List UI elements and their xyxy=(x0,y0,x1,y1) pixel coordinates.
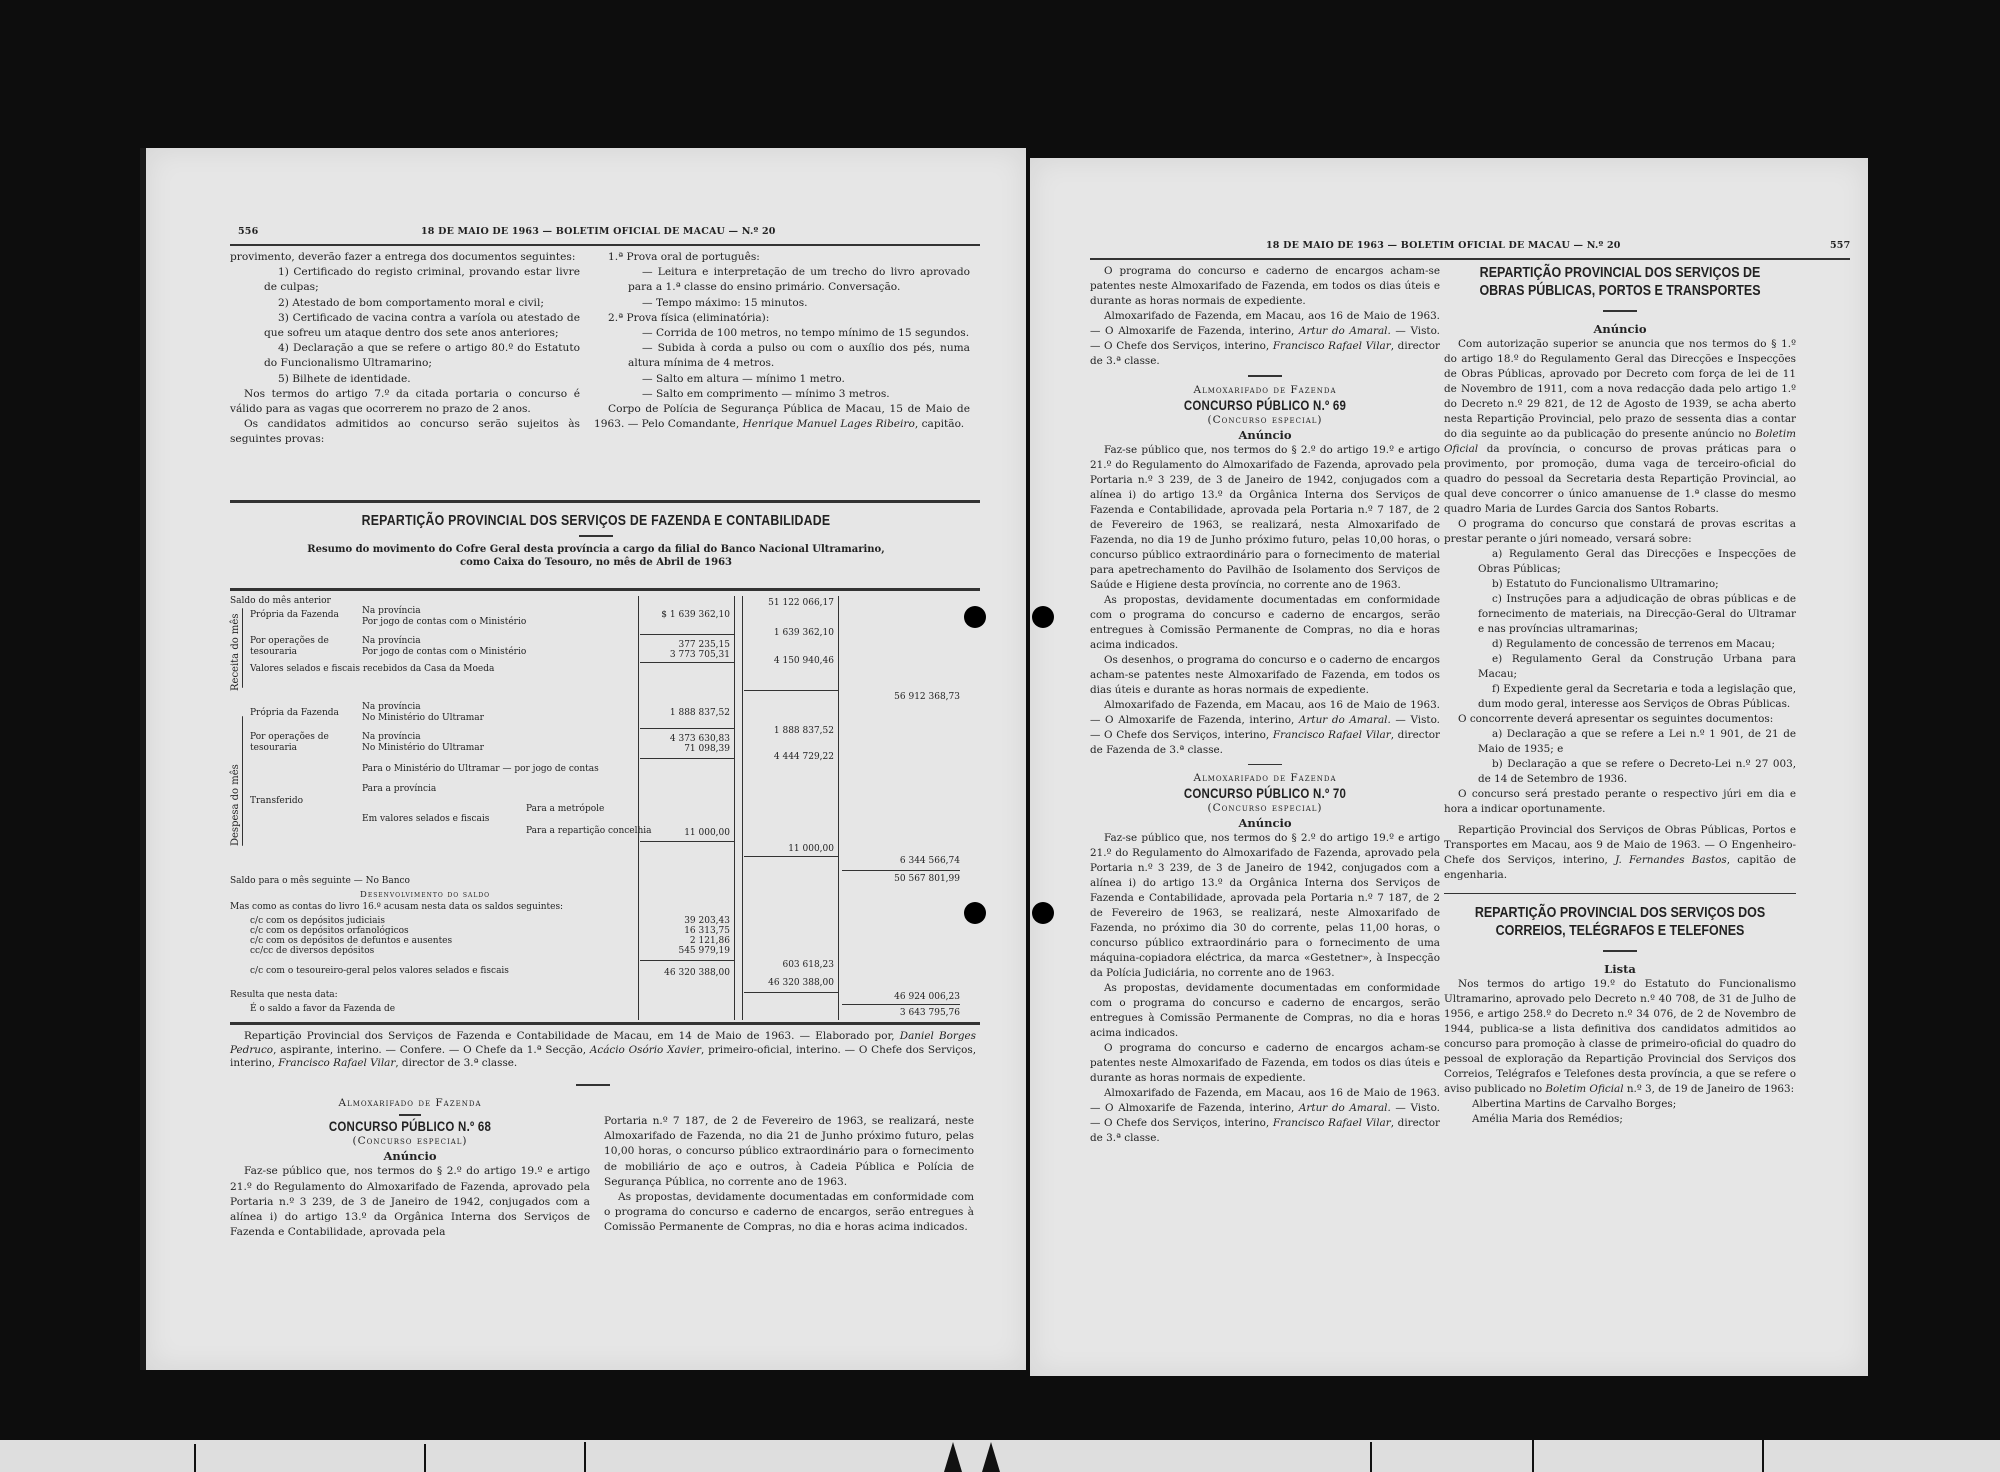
paragraph: O concurso será prestado perante o respe… xyxy=(1444,787,1796,817)
list-item: 5) Bilhete de identidade. xyxy=(230,372,580,387)
list-item: d) Regulamento de concessão de terrenos … xyxy=(1444,637,1796,652)
office-label: Almoxarifado de Fazenda xyxy=(1090,771,1440,786)
section-heading: REPARTIÇÃO PROVINCIAL DOS SERVIÇOS DE OB… xyxy=(1469,264,1772,300)
cell-value: 46 320 388,00 xyxy=(744,978,834,989)
concurso-subtitle: (Concurso especial) xyxy=(1090,801,1440,816)
row-label: Transferido xyxy=(250,796,303,807)
list-item: — Salto em comprimento — mínimo 3 metros… xyxy=(594,387,970,402)
page-number: 557 xyxy=(1830,240,1850,251)
marker xyxy=(1370,1442,1372,1472)
binding-hole xyxy=(1032,606,1054,628)
divider xyxy=(579,535,613,537)
sum-rule xyxy=(744,690,838,691)
divider xyxy=(576,1084,610,1086)
cell-value: 56 912 368,73 xyxy=(842,692,960,703)
paragraph: O programa do concurso e caderno de enca… xyxy=(1090,1041,1440,1086)
sum-rule xyxy=(842,870,960,871)
list-item: — Tempo máximo: 15 minutos. xyxy=(594,296,970,311)
divider xyxy=(1248,375,1282,377)
row-label: No Ministério do Ultramar xyxy=(362,713,484,724)
divider xyxy=(1248,764,1282,766)
list-item: c) Instruções para a adjudicação de obra… xyxy=(1444,592,1796,637)
sum-rule xyxy=(640,758,734,759)
signature: Almoxarifado de Fazenda, em Macau, aos 1… xyxy=(1090,1086,1440,1146)
paragraph: O concorrente deverá apresentar os segui… xyxy=(1444,712,1796,727)
table-subtitle: Resumo do movimento do Cofre Geral desta… xyxy=(226,543,966,569)
anuncio-heading: Anúncio xyxy=(230,1149,590,1164)
cell-value: 1 639 362,10 xyxy=(744,628,834,639)
concurso-title: CONCURSO PÚBLICO N.º 68 xyxy=(262,1119,557,1134)
marker xyxy=(424,1444,426,1472)
cell-value: 11 000,00 xyxy=(642,828,730,839)
left-col-2: 1.ª Prova oral de português: — Leitura e… xyxy=(594,250,970,432)
film-edge-strip xyxy=(0,1440,2000,1472)
list-item: a) Regulamento Geral das Direcções e Ins… xyxy=(1444,547,1796,577)
list-item: — Leitura e interpretação de um trecho d… xyxy=(594,265,970,295)
sum-rule xyxy=(640,960,734,961)
row-label: Saldo para o mês seguinte — No Banco xyxy=(230,876,410,887)
row-label: Para a metrópole xyxy=(526,804,604,815)
section-heading: REPARTIÇÃO PROVINCIAL DOS SERVIÇOS DE FA… xyxy=(293,512,900,529)
running-head: 18 DE MAIO DE 1963 — BOLETIM OFICIAL DE … xyxy=(421,226,776,237)
paragraph: Nos termos do artigo 7.º da citada porta… xyxy=(230,387,580,417)
anuncio-heading: Anúncio xyxy=(1444,322,1796,337)
paragraph: Faz-se público que, nos termos do § 2.º … xyxy=(230,1164,590,1240)
prova-title: 2.ª Prova física (eliminatória): xyxy=(594,311,970,326)
sum-rule xyxy=(640,841,734,842)
section-rule xyxy=(230,500,980,503)
paragraph: provimento, deverão fazer a entrega dos … xyxy=(230,250,580,265)
brace xyxy=(242,608,243,688)
sum-rule xyxy=(640,634,734,635)
cell-value: 6 344 566,74 xyxy=(842,856,960,867)
table-top-rule xyxy=(230,588,980,591)
marker xyxy=(194,1444,196,1472)
concurso-subtitle: (Concurso especial) xyxy=(1090,413,1440,428)
concurso-subtitle: (Concurso especial) xyxy=(230,1134,590,1149)
divider xyxy=(1603,310,1637,312)
cell-value: 51 122 066,17 xyxy=(744,598,834,609)
financial-table: Receita do mês Despesa do mês Saldo do m… xyxy=(230,596,974,1022)
paragraph: Nos termos do artigo 19.º do Estatuto do… xyxy=(1444,977,1796,1097)
list-item: e) Regulamento Geral da Construção Urban… xyxy=(1444,652,1796,682)
list-item: 1) Certificado do registo criminal, prov… xyxy=(230,265,580,295)
list-item: Amélia Maria dos Remédios; xyxy=(1444,1112,1796,1127)
header-rule xyxy=(230,244,980,246)
row-label: Resulta que nesta data: xyxy=(230,990,338,1001)
signature: Corpo de Polícia de Segurança Pública de… xyxy=(594,402,970,432)
paragraph: Faz-se público que, nos termos do § 2.º … xyxy=(1090,443,1440,593)
row-label: Em valores selados e fiscais xyxy=(362,814,489,825)
col-sep xyxy=(638,596,639,1020)
row-label: Valores selados e fiscais recebidos da C… xyxy=(250,664,494,675)
col-sep xyxy=(838,596,839,1020)
cell-value: 50 567 801,99 xyxy=(842,874,960,885)
col-sep xyxy=(742,596,743,1020)
row-label: É o saldo a favor da Fazenda de xyxy=(250,1004,395,1015)
cell-value: 11 000,00 xyxy=(744,844,834,855)
sum-rule xyxy=(640,662,734,663)
list-item: — Corrida de 100 metros, no tempo mínimo… xyxy=(594,326,970,341)
marker xyxy=(1532,1440,1534,1472)
right-col-1: O programa do concurso e caderno de enca… xyxy=(1090,264,1440,1146)
binding-hole xyxy=(1032,902,1054,924)
right-col-2: REPARTIÇÃO PROVINCIAL DOS SERVIÇOS DE OB… xyxy=(1444,264,1796,1127)
cell-value: 1 888 837,52 xyxy=(744,726,834,737)
cell-value: 3 643 795,76 xyxy=(842,1008,960,1019)
concurso-title: CONCURSO PÚBLICO N.º 70 xyxy=(1122,786,1409,801)
cell-value: 46 924 006,23 xyxy=(842,992,960,1003)
row-label: Na província xyxy=(362,606,421,617)
row-label: Por jogo de contas com o Ministério xyxy=(362,647,526,658)
row-label: Na província xyxy=(362,636,421,647)
despesa-label: Despesa do mês xyxy=(230,764,241,846)
divider xyxy=(1603,950,1637,952)
paragraph: Faz-se público que, nos termos do § 2.º … xyxy=(1090,831,1440,981)
sum-rule xyxy=(842,1004,960,1005)
list-item: 2) Atestado de bom comportamento moral e… xyxy=(230,296,580,311)
fin-signature: Repartição Provincial dos Serviços de Fa… xyxy=(230,1030,976,1071)
list-item: 4) Declaração a que se refere o artigo 8… xyxy=(230,341,580,371)
signature: Almoxarifado de Fazenda, em Macau, aos 1… xyxy=(1090,309,1440,369)
running-head: 18 DE MAIO DE 1963 — BOLETIM OFICIAL DE … xyxy=(1266,240,1621,251)
list-item: — Subida à corda a pulso ou com o auxíli… xyxy=(594,341,970,371)
office-label: Almoxarifado de Fazenda xyxy=(230,1096,590,1111)
paragraph: O programa do concurso que constará de p… xyxy=(1444,517,1796,547)
signature: Almoxarifado de Fazenda, em Macau, aos 1… xyxy=(1090,698,1440,758)
paragraph: O programa do concurso e caderno de enca… xyxy=(1090,264,1440,309)
cell-value: 4 444 729,22 xyxy=(744,752,834,763)
concurso-68-col-1: Almoxarifado de Fazenda CONCURSO PÚBLICO… xyxy=(230,1096,590,1240)
sum-rule xyxy=(744,992,838,993)
row-label: Desenvolvimento do saldo xyxy=(360,890,490,901)
binding-hole xyxy=(964,902,986,924)
row-label: Para o Ministério do Ultramar — por jogo… xyxy=(362,764,599,775)
row-label: Por jogo de contas com o Ministério xyxy=(362,617,526,628)
row-label: c/c com o tesoureiro-geral pelos valores… xyxy=(250,966,509,977)
row-label: Para a repartição concelhia xyxy=(526,826,652,837)
section-heading: REPARTIÇÃO PROVINCIAL DOS SERVIÇOS DOS C… xyxy=(1469,904,1772,940)
row-label: Mas como as contas do livro 16.º acusam … xyxy=(230,902,563,913)
left-col-1: provimento, deverão fazer a entrega dos … xyxy=(230,250,580,448)
cell-value: 4 150 940,46 xyxy=(744,656,834,667)
paragraph: Os desenhos, o programa do concurso e o … xyxy=(1090,653,1440,698)
divider xyxy=(399,1114,421,1116)
cell-value: 3 773 705,31 xyxy=(642,650,730,661)
marker xyxy=(1762,1440,1764,1472)
concurso-title: CONCURSO PÚBLICO N.º 69 xyxy=(1122,398,1409,413)
row-label: cc/cc de diversos depósitos xyxy=(250,946,374,957)
list-item: a) Declaração a que se refere a Lei n.º … xyxy=(1444,727,1796,757)
cell-value: $ 1 639 362,10 xyxy=(642,610,730,621)
row-label: Saldo do mês anterior xyxy=(230,596,331,607)
paragraph: As propostas, devidamente documentadas e… xyxy=(1090,593,1440,653)
marker xyxy=(982,1442,1000,1472)
paragraph: As propostas, devidamente documentadas e… xyxy=(604,1190,974,1236)
cell-value: 1 888 837,52 xyxy=(642,708,730,719)
paragraph: Portaria n.º 7 187, de 2 de Fevereiro de… xyxy=(604,1114,974,1190)
list-item: — Salto em altura — mínimo 1 metro. xyxy=(594,372,970,387)
receita-label: Receita do mês xyxy=(230,614,241,691)
binding-hole xyxy=(964,606,986,628)
list-item: f) Expediente geral da Secretaria e toda… xyxy=(1444,682,1796,712)
page-number: 556 xyxy=(238,226,258,237)
office-label: Almoxarifado de Fazenda xyxy=(1090,383,1440,398)
signature: Repartição Provincial dos Serviços de Ob… xyxy=(1444,823,1796,883)
list-item: b) Estatuto do Funcionalismo Ultramarino… xyxy=(1444,577,1796,592)
row-label: Na província xyxy=(362,702,421,713)
list-item: 3) Certificado de vacina contra a varíol… xyxy=(230,311,580,341)
left-page: 556 18 DE MAIO DE 1963 — BOLETIM OFICIAL… xyxy=(140,148,1026,1370)
row-label: Própria da Fazenda xyxy=(250,610,339,621)
row-label: Na província xyxy=(362,732,421,743)
marker xyxy=(584,1442,586,1472)
list-item: Albertina Martins de Carvalho Borges; xyxy=(1444,1097,1796,1112)
right-page: 18 DE MAIO DE 1963 — BOLETIM OFICIAL DE … xyxy=(1030,158,1868,1376)
row-label: Para a província xyxy=(362,784,436,795)
row-label: No Ministério do Ultramar xyxy=(362,743,484,754)
cell-value: 46 320 388,00 xyxy=(642,968,730,979)
col-sep xyxy=(734,596,735,1020)
row-label: Por operações de tesouraria xyxy=(250,732,350,754)
sum-rule xyxy=(744,856,838,857)
marker xyxy=(944,1442,962,1472)
cell-value: 603 618,23 xyxy=(744,960,834,971)
paragraph: Os candidatos admitidos ao concurso serã… xyxy=(230,417,580,447)
prova-title: 1.ª Prova oral de português: xyxy=(594,250,970,265)
table-bottom-rule xyxy=(230,1022,980,1025)
sum-rule xyxy=(640,728,734,729)
cell-value: 71 098,39 xyxy=(642,744,730,755)
section-rule xyxy=(1444,893,1796,895)
paragraph: As propostas, devidamente documentadas e… xyxy=(1090,981,1440,1041)
cell-value: 545 979,19 xyxy=(642,946,730,957)
paragraph: Com autorização superior se anuncia que … xyxy=(1444,337,1796,517)
anuncio-heading: Anúncio xyxy=(1090,816,1440,831)
list-item: b) Declaração a que se refere o Decreto-… xyxy=(1444,757,1796,787)
header-rule xyxy=(1090,258,1850,260)
row-label: Própria da Fazenda xyxy=(250,708,339,719)
brace xyxy=(242,716,243,846)
fin-section-header: REPARTIÇÃO PROVINCIAL DOS SERVIÇOS DE FA… xyxy=(226,512,966,569)
row-label: Por operações de tesouraria xyxy=(250,636,350,658)
lista-heading: Lista xyxy=(1444,962,1796,977)
anuncio-heading: Anúncio xyxy=(1090,428,1440,443)
concurso-68-col-2: Portaria n.º 7 187, de 2 de Fevereiro de… xyxy=(604,1114,974,1236)
